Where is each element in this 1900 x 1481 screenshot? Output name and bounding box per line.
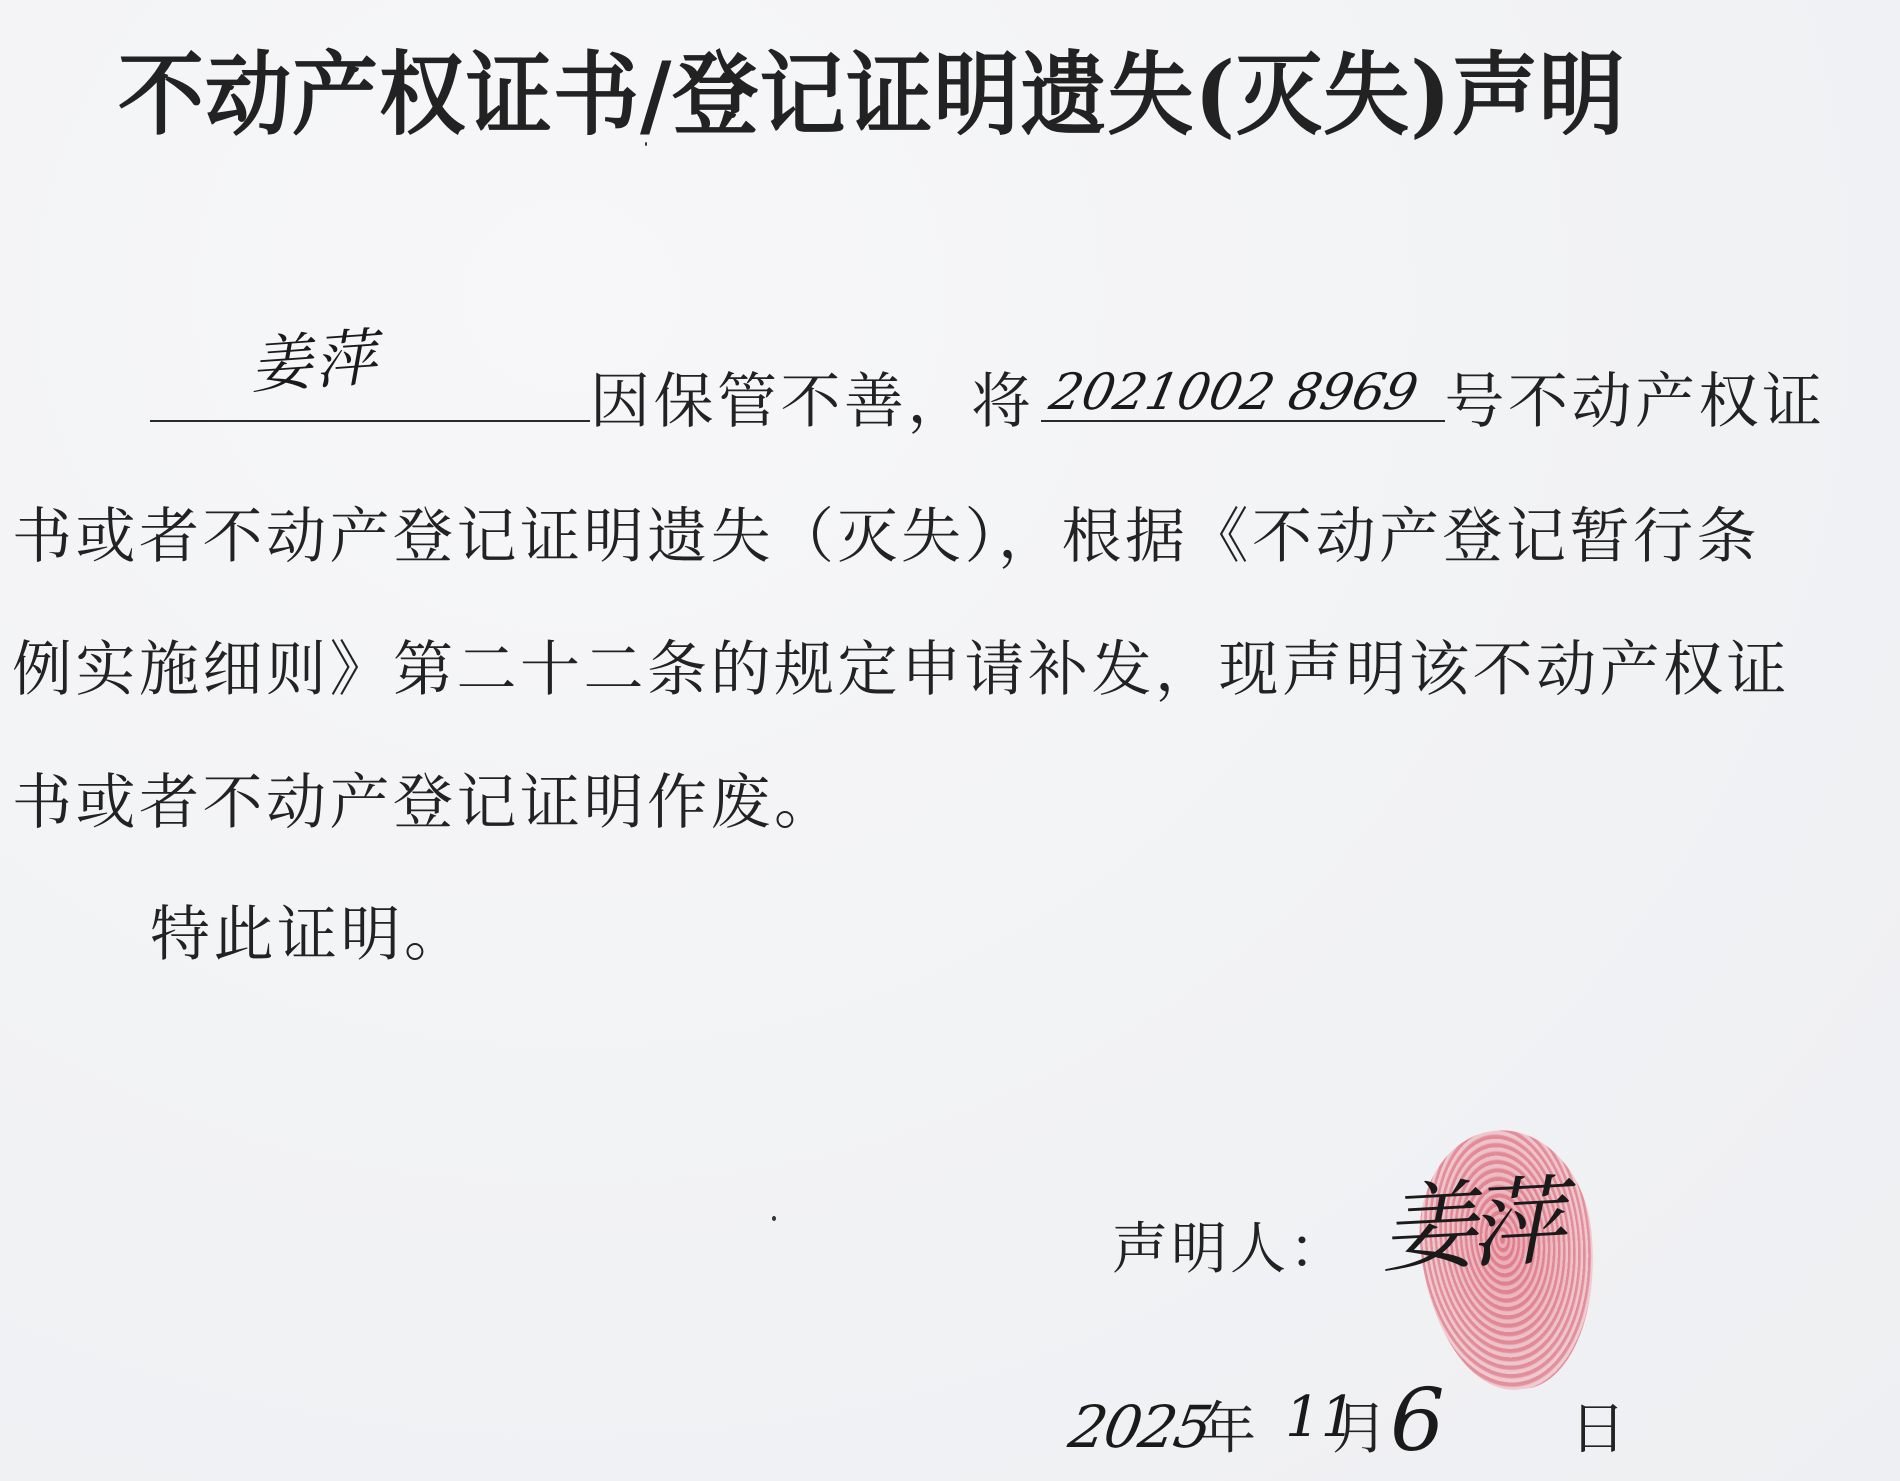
scan-speck [645, 142, 647, 146]
handwritten-name: 姜萍 [248, 328, 380, 397]
handwritten-day: 6 [1390, 1371, 1445, 1471]
day-label: 日 [1570, 1385, 1626, 1465]
paragraph-line-2: 书或者不动产登记证明遗失（灭失），根据《不动产登记暂行条 [12, 507, 1760, 567]
certificate-number-blank-underline: 2021002 8969 [1041, 370, 1445, 422]
date-row: 2025 年 11 月 6 日 [1070, 1385, 1870, 1465]
paragraph-line-3: 例实施细则》第二十二条的规定申请补发，现声明该不动产权证 [12, 640, 1790, 700]
scan-speck [772, 1216, 776, 1221]
declarant-signature: 姜萍 [1377, 1145, 1560, 1291]
month-label: 月 [1332, 1385, 1388, 1465]
paragraph-line-1: 姜萍 因保管不善，将 2021002 8969 号不动产权证 [150, 370, 1826, 432]
document-title: 不动产权证书/登记证明遗失(灭失)声明 [118, 22, 1626, 152]
declarant-label: 声明人： [1112, 1205, 1348, 1285]
closing-statement: 特此证明。 [150, 905, 468, 965]
handwritten-year: 2025 [1064, 1393, 1216, 1461]
year-label: 年 [1200, 1385, 1256, 1465]
paper-background [0, 0, 1900, 1481]
text-after-name: 因保管不善，将 [590, 367, 1035, 437]
text-after-number: 号不动产权证 [1445, 367, 1826, 437]
paragraph-line-4: 书或者不动产登记证明作废。 [12, 773, 838, 833]
handwritten-certificate-number: 2021002 8969 [1044, 362, 1423, 422]
name-blank-underline: 姜萍 [150, 370, 590, 422]
